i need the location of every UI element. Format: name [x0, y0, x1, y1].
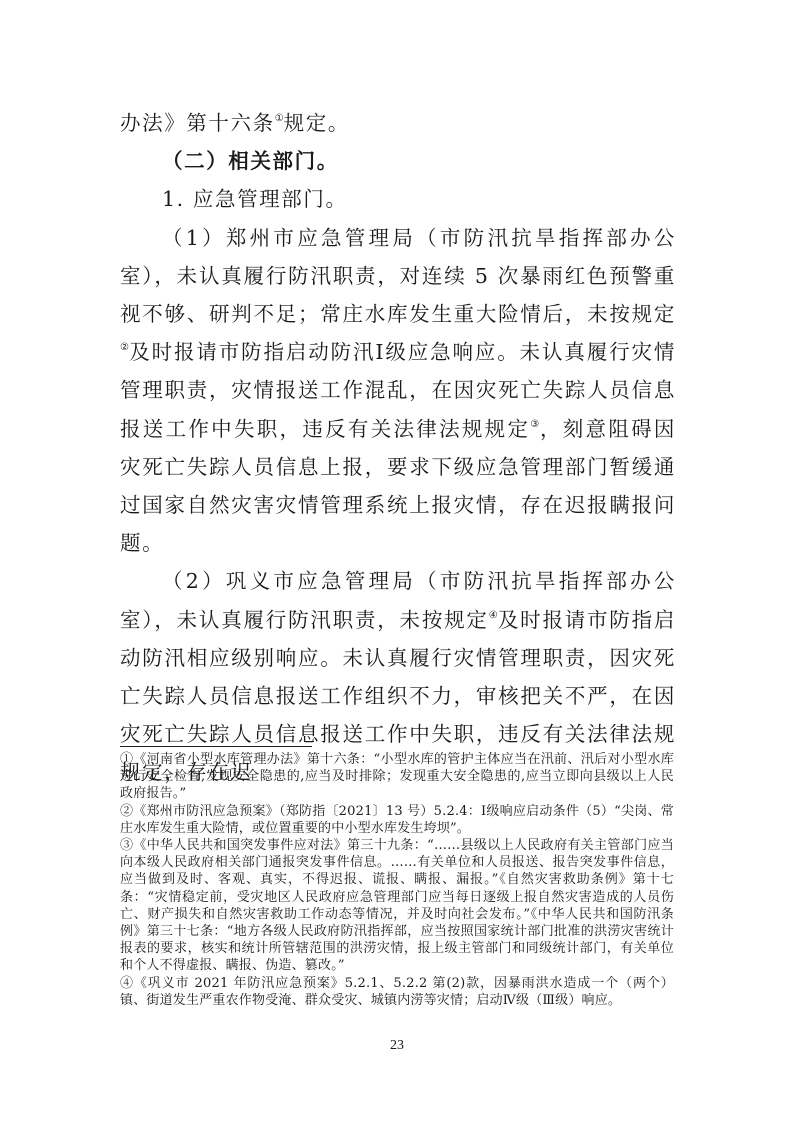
footnote-4: ④《巩义市 2021 年防汛应急预案》5.2.1、5.2.2 第(2)款，因暴雨…	[120, 975, 674, 1009]
page-number: 23	[0, 1038, 794, 1054]
section-heading: （二）相关部门。	[120, 142, 676, 180]
footnote-ref-4[interactable]: ④	[489, 610, 498, 621]
footnote-1: ①《河南省小型水库管理办法》第十六条：“小型水库的管护主体应当在汛前、汛后对小型…	[120, 751, 674, 803]
footnote-separator	[120, 746, 312, 747]
paragraph-text: 办法》第十六条	[120, 111, 275, 135]
footnote-ref-2[interactable]: ②	[120, 342, 129, 353]
body-text: 办法》第十六条①规定。 （二）相关部门。 1. 应急管理部门。 （1）郑州市应急…	[120, 104, 676, 792]
footnotes: ①《河南省小型水库管理办法》第十六条：“小型水库的管护主体应当在汛前、汛后对小型…	[120, 751, 674, 1009]
paragraph-text: 规定。	[284, 111, 350, 135]
footnote-3: ③《中华人民共和国突发事件应对法》第三十九条：“……县级以上人民政府有关主管部门…	[120, 837, 674, 975]
document-page: 办法》第十六条①规定。 （二）相关部门。 1. 应急管理部门。 （1）郑州市应急…	[0, 0, 794, 1123]
continuation-paragraph: 办法》第十六条①规定。	[120, 104, 676, 142]
footnote-2: ②《郑州市防汛应急预案》（郑防指〔2021〕13 号）5.2.4：Ⅰ级响应启动条…	[120, 803, 674, 837]
footnote-ref-1[interactable]: ①	[275, 113, 284, 124]
footnote-ref-3[interactable]: ③	[530, 419, 540, 430]
paragraph-zhengzhou: （1）郑州市应急管理局（市防汛抗旱指挥部办公室），未认真履行防汛职责，对连续 5…	[120, 219, 676, 563]
paragraph-text: （1）郑州市应急管理局（市防汛抗旱指挥部办公室），未认真履行防汛职责，对连续 5…	[120, 226, 676, 326]
subsection-heading: 1. 应急管理部门。	[120, 180, 676, 218]
